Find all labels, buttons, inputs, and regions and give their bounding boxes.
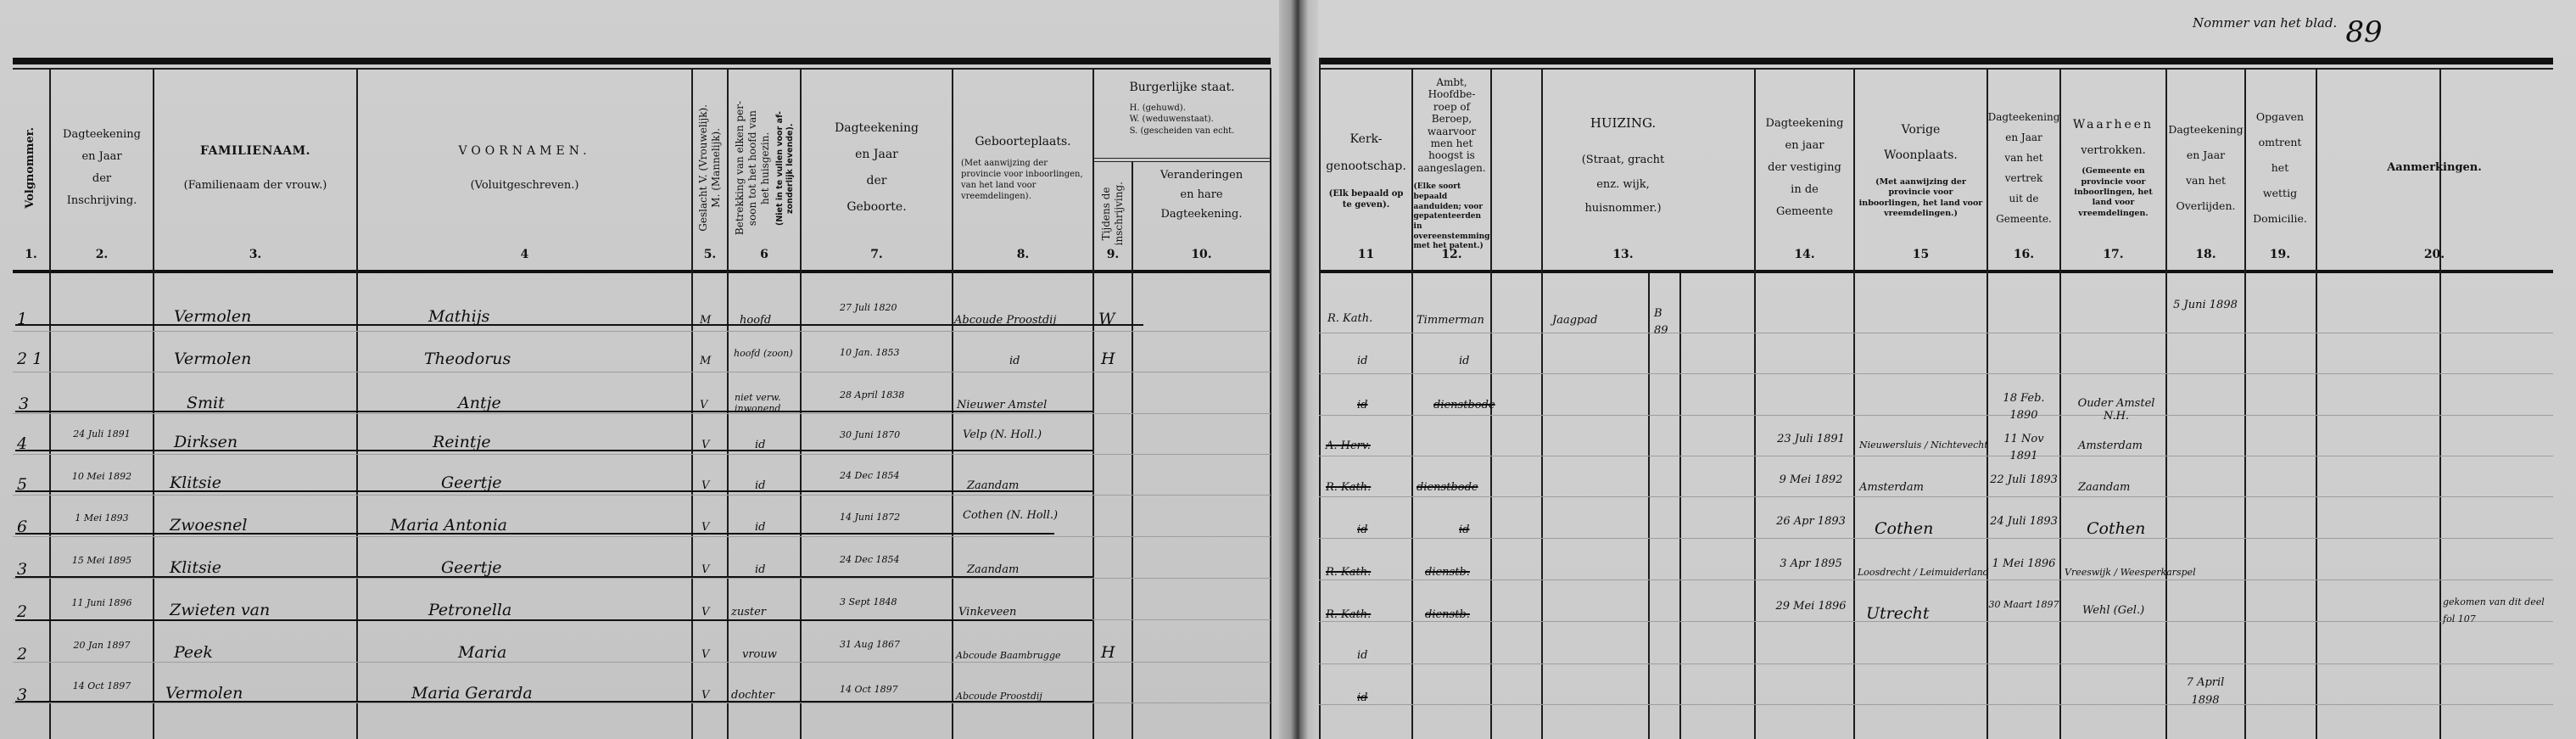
- column-number: 1.: [13, 247, 49, 263]
- cell-betrekking: hoofd (zoon): [734, 348, 797, 359]
- book-binding: [1279, 0, 1318, 739]
- header-col-2: Dagteekening en Jaar der Inschrijving. 2…: [51, 70, 153, 266]
- cell-geslacht: M: [700, 314, 711, 327]
- cell-geboorte: 27 Juli 1820: [840, 301, 908, 316]
- cell-huizing-wijk: B 89: [1654, 305, 1678, 339]
- cell-beroep: dienstbode: [1433, 399, 1495, 411]
- header-line: uit de: [1988, 188, 2060, 209]
- cell-beroep: Timmerman: [1417, 314, 1484, 327]
- cell-kerkgenootschap: id: [1357, 649, 1367, 662]
- row-rule: [1319, 621, 2553, 622]
- header-line: Dagteekening.: [1160, 205, 1243, 225]
- header-lines: Dagteekening en Jaar van het vertrek uit…: [1988, 107, 2060, 229]
- cell-inschrijving: 10 Mei 1892: [55, 471, 148, 482]
- column-number: 17.: [2061, 247, 2165, 263]
- header-col-12: Ambt, Hoofdbe- roep of Beroep, waarvoor …: [1413, 70, 1490, 266]
- cell-betrekking: id: [755, 479, 765, 492]
- legend-item: S. (gescheiden van echt.: [1130, 126, 1235, 137]
- header-line: roep of Beroep,: [1416, 101, 1488, 126]
- cell-familienaam: Klitsie: [170, 473, 221, 492]
- cell-geslacht: M: [700, 355, 711, 367]
- row-rule: [1319, 663, 2553, 664]
- cell-betrekking: hoofd: [740, 314, 771, 327]
- header-note: (Elke soort bepaald aanduiden; voor gepa…: [1414, 182, 1490, 252]
- column-number: 8.: [953, 247, 1092, 263]
- cell-geslacht: V: [701, 563, 709, 576]
- cell-kerkgenootschap: R. Kath.: [1326, 481, 1371, 494]
- cell-beroep: dienstbode: [1417, 481, 1478, 494]
- cell-voornamen: Mathijs: [428, 307, 489, 326]
- cell-familienaam: Klitsie: [170, 558, 221, 577]
- header-title: Waarheen: [2073, 117, 2154, 133]
- cell-betrekking: id: [755, 563, 765, 576]
- column-number: 2.: [51, 247, 153, 263]
- column-number: 9.: [1094, 247, 1132, 263]
- cell-vertrek: 11 Nov 1891: [1988, 431, 2059, 464]
- cell-vorige-woonplaats: Amsterdam: [1859, 481, 1924, 494]
- column-number: 7.: [802, 247, 952, 263]
- cell-geboorte: 31 Aug 1867: [840, 638, 908, 652]
- cell-vertrek: 1 Mei 1896: [1988, 556, 2059, 573]
- header-col-18: Dagteekening en Jaar van het Overlijden.…: [2167, 70, 2244, 266]
- row-rule: [1319, 704, 2553, 705]
- cell-voornamen: Maria Gerarda: [411, 684, 533, 703]
- column-divider: [1679, 273, 1681, 739]
- cell-voornamen: Geertje: [441, 558, 502, 577]
- column-number: 5.: [693, 247, 727, 263]
- cell-geboorte: 30 Juni 1870: [840, 428, 908, 443]
- row-rule: [13, 372, 1271, 372]
- cell-burgerlijke-staat: W: [1098, 310, 1115, 328]
- header-line: en jaar: [1766, 135, 1844, 157]
- header-lines: Veranderingen en hare Dagteekening.: [1160, 166, 1243, 224]
- cell-beroep: id: [1459, 355, 1469, 367]
- cell-inschrijving: 11 Juni 1896: [55, 597, 148, 608]
- column-number: 14.: [1756, 247, 1853, 263]
- column-number: 3.: [154, 247, 356, 263]
- row-rule: [13, 536, 1271, 537]
- header-title: VOORNAMEN.: [458, 143, 590, 160]
- cell-burgerlijke-staat: H: [1101, 350, 1115, 368]
- row-rule: [1319, 415, 2553, 416]
- header-line: Domicilie.: [2249, 206, 2311, 232]
- column-number: 19.: [2246, 247, 2314, 263]
- row-rule: [1319, 579, 2553, 580]
- row-rule: [1319, 373, 2553, 374]
- cell-overlijden: 5 Juni 1898: [2171, 297, 2239, 315]
- header-bottom-rule: [1319, 270, 2553, 273]
- cell-kerkgenootschap: R. Kath.: [1327, 312, 1372, 325]
- cell-vorige-woonplaats: Cothen: [1875, 519, 1933, 538]
- header-line: Ambt, Hoofdbe-: [1416, 76, 1488, 101]
- cell-huizing-straat: Jaagpad: [1552, 314, 1597, 327]
- cell-inschrijving: 20 Jan 1897: [55, 640, 148, 651]
- cell-voornamen: Theodorus: [424, 350, 511, 368]
- cell-geboorteplaats: Cothen (N. Holl.): [963, 509, 1090, 522]
- cell-geslacht: V: [701, 648, 709, 661]
- header-col-7: Dagteekening en Jaar der Geboorte. 7.: [802, 70, 952, 266]
- column-number: 10.: [1133, 247, 1270, 263]
- cell-familienaam: Vermolen: [165, 684, 243, 703]
- header-line: Geboorte.: [835, 194, 919, 221]
- header-line: van het: [2168, 168, 2243, 193]
- header-line: hoogst is: [1416, 149, 1488, 161]
- header-col-13: HUIZING. (Straat, gracht enz. wijk, huis…: [1492, 70, 1754, 266]
- legend-item: W. (weduwenstaat).: [1130, 114, 1235, 126]
- cell-familienaam: Smit: [187, 394, 225, 412]
- header-col-9-num: 9.: [1094, 70, 1132, 266]
- cell-volgnr: 3: [19, 395, 29, 413]
- column-number: 20.: [2317, 247, 2551, 263]
- header-col-8: Geboorteplaats. (Met aanwijzing der prov…: [953, 70, 1092, 266]
- cell-kerkgenootschap: R. Kath.: [1326, 608, 1371, 621]
- cell-vertrek: 30 Maart 1897: [1988, 598, 2059, 613]
- header-line: aangeslagen.: [1416, 162, 1488, 174]
- cell-voornamen: Antje: [458, 394, 501, 412]
- cell-betrekking: dochter: [731, 689, 774, 702]
- cell-voornamen: Reintje: [433, 433, 491, 451]
- header-line: Gemeente: [1766, 201, 1844, 223]
- cell-betrekking: vrouw: [742, 648, 777, 661]
- header-line: Overlijden.: [2168, 193, 2243, 219]
- cell-familienaam: Peek: [174, 643, 213, 662]
- header-line: Inschrijving.: [63, 190, 141, 212]
- column-number: 12.: [1413, 247, 1490, 263]
- header-line: en hare: [1160, 186, 1243, 205]
- header-line: Dagteekening: [2168, 117, 2243, 143]
- header-col-16: Dagteekening en Jaar van het vertrek uit…: [1988, 70, 2059, 266]
- cell-betrekking: id: [755, 439, 765, 451]
- cell-voornamen: Petronella: [428, 601, 511, 619]
- header-lines: Opgaven omtrent het wettig Domicilie.: [2249, 104, 2311, 232]
- cell-volgnr: 2: [17, 645, 27, 663]
- cell-geboorte: 24 Dec 1854: [840, 469, 908, 484]
- cell-volgnr: 2 1: [17, 350, 42, 368]
- header-line: Dagteekening: [835, 115, 919, 142]
- cell-kerkgenootschap: R. Kath.: [1326, 566, 1371, 579]
- column-number: 6: [729, 247, 800, 263]
- cell-geslacht: V: [701, 689, 709, 702]
- cell-volgnr: 1: [17, 310, 27, 328]
- cell-vestiging: 26 Apr 1893: [1769, 513, 1853, 530]
- row-strike: [15, 411, 1092, 412]
- header-lines: Vorige Woonplaats.: [1884, 117, 1958, 170]
- cell-kerkgenootschap: A. Herv.: [1326, 439, 1371, 452]
- top-thick-rule: [13, 58, 1271, 64]
- cell-familienaam: Dirksen: [174, 433, 237, 451]
- sheet-number-label: Nommer van het blad.: [2193, 15, 2337, 31]
- header-col-1-num: 1.: [13, 70, 49, 266]
- cell-waarheen: Zaandam: [2078, 481, 2130, 494]
- cell-vestiging: 9 Mei 1892: [1769, 472, 1853, 489]
- cell-vertrek: 24 Juli 1893: [1988, 513, 2059, 530]
- header-line: in de: [1766, 179, 1844, 201]
- cell-geboorteplaats: id: [1009, 355, 1020, 367]
- cell-volgnr: 4: [17, 434, 27, 453]
- header-title: Aanmerkingen.: [2387, 160, 2482, 176]
- cell-geboorteplaats: Zaandam: [967, 479, 1019, 492]
- row-rule: [13, 495, 1271, 495]
- header-line: wettig: [2249, 181, 2311, 206]
- cell-vertrek: 22 Juli 1893: [1988, 472, 2059, 489]
- cell-betrekking: niet verw. inwonend: [735, 392, 798, 414]
- cell-familienaam: Vermolen: [174, 350, 251, 368]
- column-divider: [1270, 68, 1271, 739]
- header-line: genootschap.: [1326, 153, 1406, 180]
- cell-inschrijving: 1 Mei 1893: [55, 512, 148, 523]
- header-line: omtrent het: [2249, 130, 2311, 181]
- column-number: 13.: [1492, 247, 1754, 263]
- column-number: 4: [358, 247, 691, 263]
- header-line: waarvoor men het: [1416, 126, 1488, 150]
- row-rule: [13, 662, 1271, 663]
- row-rule: [13, 703, 1271, 703]
- cell-vorige-woonplaats: Loosdrecht / Leimuiderland: [1858, 567, 1989, 578]
- cell-betrekking: id: [755, 521, 765, 534]
- header-col-17: Waarheen vertrokken. (Gemeente en provin…: [2061, 70, 2165, 266]
- header-line: der: [63, 168, 141, 190]
- cell-burgerlijke-staat: H: [1101, 643, 1115, 662]
- header-line: Dagteekening: [1766, 113, 1844, 135]
- header-line: en Jaar: [1988, 127, 2060, 148]
- cell-waarheen: Ouder Amstel N.H.: [2070, 397, 2163, 423]
- header-line: Veranderingen: [1160, 166, 1243, 186]
- cell-waarheen: Cothen: [2087, 519, 2145, 538]
- header-note: (Met aanwijzing der provincie voor inboo…: [956, 158, 1090, 202]
- column-number: 15: [1855, 247, 1986, 263]
- header-col-14: Dagteekening en jaar der vestiging in de…: [1756, 70, 1853, 266]
- legend-item: H. (gehuwd).: [1130, 103, 1235, 115]
- column-number: 11: [1321, 247, 1411, 263]
- cell-volgnr: 5: [17, 475, 27, 494]
- cell-vestiging: 29 Mei 1896: [1769, 598, 1853, 615]
- row-rule: [13, 578, 1271, 579]
- cell-inschrijving: 24 Juli 1891: [55, 428, 148, 439]
- cell-voornamen: Geertje: [441, 473, 502, 492]
- cell-geslacht: V: [701, 606, 709, 619]
- column-number: 16.: [1988, 247, 2059, 263]
- cell-geboorteplaats: Abcoude Proostdij: [954, 314, 1056, 327]
- header-lines: Dagteekening en Jaar der Inschrijving.: [63, 124, 141, 212]
- header-note: (Voluitgeschreven.): [471, 178, 579, 193]
- header-bottom-rule: [13, 270, 1271, 273]
- row-rule: [13, 413, 1271, 414]
- header-note: (Straat, gracht enz. wijk, huisnommer.): [1573, 148, 1674, 221]
- header-note: (Familienaam der vrouw.): [184, 178, 327, 193]
- cell-betrekking: zuster: [731, 606, 766, 619]
- cell-kerkgenootschap: id: [1357, 523, 1367, 536]
- header-title: Geboorteplaats.: [975, 134, 1070, 150]
- cell-kerkgenootschap: id: [1357, 355, 1367, 367]
- cell-geslacht: V: [700, 399, 707, 411]
- cell-beroep: id: [1459, 523, 1469, 536]
- cell-aanmerkingen: gekomen van dit deel fol 107: [2443, 594, 2553, 628]
- header-lines: Kerk- genootschap.: [1326, 126, 1406, 180]
- cell-volgnr: 2: [17, 602, 27, 621]
- cell-geboorteplaats: Abcoude Proostdij: [956, 691, 1042, 702]
- cell-waarheen: Wehl (Gel.): [2082, 604, 2144, 617]
- header-line: der: [835, 168, 919, 194]
- column-divider: [1648, 273, 1650, 739]
- cell-kerkgenootschap: id: [1357, 399, 1367, 411]
- header-title: HUIZING.: [1590, 115, 1656, 132]
- row-rule: [1319, 496, 2553, 497]
- header-col-19: Opgaven omtrent het wettig Domicilie. 19…: [2246, 70, 2314, 266]
- cell-vestiging: 3 Apr 1895: [1769, 556, 1853, 573]
- cell-familienaam: Zwoesnel: [170, 516, 247, 535]
- header-line: en Jaar: [2168, 143, 2243, 168]
- cell-inschrijving: 14 Oct 1897: [55, 680, 148, 691]
- cell-geslacht: V: [701, 479, 709, 492]
- header-lines: Dagteekening en Jaar der Geboorte.: [835, 115, 919, 220]
- header-line: Vorige: [1884, 117, 1958, 143]
- column-number: 18.: [2167, 247, 2244, 263]
- header-lines: Dagteekening en Jaar van het Overlijden.: [2168, 117, 2243, 219]
- header-col-20: Aanmerkingen. 20.: [2317, 70, 2551, 266]
- cell-waarheen: Amsterdam: [2078, 439, 2143, 452]
- header-col-6-num: 6: [729, 70, 800, 266]
- cell-familienaam: Zwieten van: [170, 601, 270, 619]
- cell-geslacht: V: [701, 439, 709, 451]
- cell-volgnr: 3: [17, 686, 27, 704]
- cell-geboorte: 14 Oct 1897: [840, 683, 908, 697]
- cell-geboorte: 3 Sept 1848: [840, 596, 908, 610]
- header-line: Dagteekening: [63, 124, 141, 146]
- cell-voornamen: Maria: [458, 643, 506, 662]
- header-col-3: FAMILIENAAM. (Familienaam der vrouw.) 3.: [154, 70, 356, 266]
- header-line: Opgaven: [2249, 104, 2311, 130]
- header-line: en Jaar: [63, 146, 141, 168]
- cell-geboorteplaats: Abcoude Baambrugge: [956, 650, 1061, 661]
- cell-vestiging: 23 Juli 1891: [1769, 431, 1853, 448]
- legend: H. (gehuwd). W. (weduwenstaat). S. (gesc…: [1130, 103, 1235, 137]
- cell-vertrek: 18 Feb. 1890: [1988, 390, 2059, 423]
- header-col-4: VOORNAMEN. (Voluitgeschreven.) 4: [358, 70, 691, 266]
- header-line: Dagteekening: [1988, 107, 2060, 127]
- header-col-15: Vorige Woonplaats. (Met aanwijzing der p…: [1855, 70, 1986, 266]
- header-lines: Dagteekening en jaar der vestiging in de…: [1766, 113, 1844, 223]
- header-col-5-num: 5.: [693, 70, 727, 266]
- row-strike: [15, 619, 1092, 621]
- row-rule: [13, 331, 1271, 332]
- cell-familienaam: Vermolen: [174, 307, 251, 326]
- header-col-11: Kerk- genootschap. (Elk bepaald op te ge…: [1321, 70, 1411, 266]
- row-rule: [13, 454, 1271, 455]
- header-note: (Elk bepaald op te geven).: [1323, 188, 1409, 210]
- header-line: van het vertrek: [1988, 148, 2060, 188]
- header-line: vertrokken.: [2081, 143, 2145, 159]
- cell-geboorte: 10 Jan. 1853: [840, 346, 908, 361]
- cell-volgnr: 3: [17, 560, 27, 579]
- sheet-number: Nommer van het blad. 89: [2193, 15, 2337, 31]
- header-col-10: Veranderingen en hare Dagteekening. 10.: [1133, 161, 1270, 266]
- header-title: FAMILIENAAM.: [200, 143, 310, 160]
- cell-geboorte: 24 Dec 1854: [840, 553, 908, 568]
- header-title: Burgerlijke staat.: [1129, 80, 1234, 96]
- cell-vorige-woonplaats: Nieuwersluis / Nichtevecht: [1859, 439, 1988, 451]
- sheet-number-value: 89: [2345, 15, 2382, 49]
- header-line: en Jaar: [835, 142, 919, 168]
- cell-beroep: dienstb.: [1425, 608, 1470, 621]
- header-note: (Gemeente en provincie voor inboorlingen…: [2064, 166, 2163, 219]
- cell-geboorteplaats: Velp (N. Holl.): [963, 428, 1042, 441]
- header-line: Kerk-: [1326, 126, 1406, 153]
- header-line: Gemeente.: [1988, 209, 2060, 229]
- row-rule: [1319, 456, 2553, 456]
- cell-kerkgenootschap: id: [1357, 691, 1367, 704]
- cell-overlijden: 7 April 1898: [2171, 675, 2239, 710]
- cell-geboorteplaats: Vinkeveen: [958, 606, 1016, 619]
- row-rule: [1319, 333, 2553, 333]
- cell-beroep: dienstb.: [1425, 566, 1470, 579]
- header-line: Woonplaats.: [1884, 143, 1958, 169]
- cell-vorige-woonplaats: Utrecht: [1866, 604, 1930, 623]
- top-thick-rule: [1319, 58, 2553, 64]
- cell-geboorte: 14 Juni 1872: [840, 511, 908, 525]
- row-rule: [1319, 538, 2553, 539]
- header-line: der vestiging: [1766, 157, 1844, 179]
- cell-geslacht: V: [701, 521, 709, 534]
- cell-geboorteplaats: Zaandam: [967, 563, 1019, 576]
- cell-geboorte: 28 April 1838: [840, 389, 908, 403]
- header-lines: Ambt, Hoofdbe- roep of Beroep, waarvoor …: [1416, 76, 1488, 174]
- cell-volgnr: 6: [17, 518, 27, 536]
- cell-geboorteplaats: Nieuwer Amstel: [957, 399, 1047, 411]
- cell-voornamen: Maria Antonia: [390, 516, 507, 535]
- cell-waarheen: Vreeswijk / Weesperkarspel: [2065, 567, 2196, 578]
- header-note: (Met aanwijzing der provincie voor inboo…: [1858, 177, 1984, 219]
- cell-inschrijving: 15 Mei 1895: [55, 555, 148, 566]
